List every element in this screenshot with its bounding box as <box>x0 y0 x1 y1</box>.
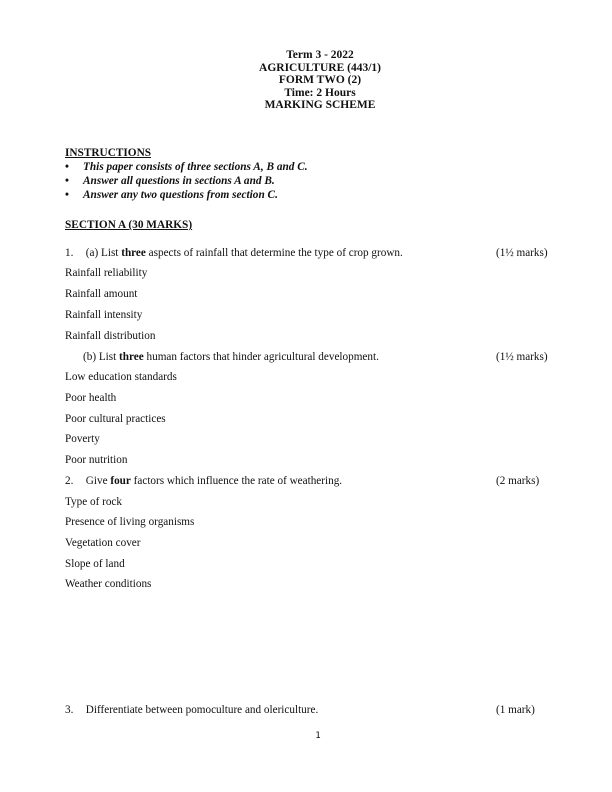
bullet-icon: • <box>65 174 69 188</box>
answer-item: Poverty <box>65 433 100 446</box>
question-marks: (2 marks) <box>496 475 539 488</box>
answer-item: Rainfall amount <box>65 288 137 301</box>
answer-item: Poor nutrition <box>65 454 127 467</box>
instruction-item: • Answer any two questions from section … <box>65 188 308 202</box>
instructions-block: INSTRUCTIONS • This paper consists of th… <box>65 147 308 202</box>
answer-item: Rainfall reliability <box>65 267 147 280</box>
answer-item: Poor cultural practices <box>65 413 166 426</box>
instruction-item: • Answer all questions in sections A and… <box>65 174 308 188</box>
bullet-icon: • <box>65 160 69 174</box>
question-number: 3. <box>65 704 83 717</box>
answer-item: Poor health <box>65 392 116 405</box>
answer-item: Rainfall intensity <box>65 309 142 322</box>
page-number: 1 <box>0 731 612 741</box>
bullet-icon: • <box>65 188 69 202</box>
section-a-title: SECTION A (30 MARKS) <box>65 219 192 231</box>
question-marks: (1½ marks) <box>496 247 548 260</box>
answer-item: Vegetation cover <box>65 537 140 550</box>
question-number: 1. <box>65 247 83 260</box>
question-number: 2. <box>65 475 83 488</box>
instructions-title: INSTRUCTIONS <box>65 147 308 160</box>
header-subject: AGRICULTURE (443/1) <box>0 62 612 75</box>
header-form: FORM TWO (2) <box>0 74 612 87</box>
document-page: Term 3 - 2022 AGRICULTURE (443/1) FORM T… <box>0 0 612 792</box>
question-marks: (1½ marks) <box>496 351 548 364</box>
header-time: Time: 2 Hours <box>0 87 612 100</box>
answer-item: Slope of land <box>65 558 125 571</box>
instructions-list: • This paper consists of three sections … <box>65 160 308 202</box>
question-marks: (1 mark) <box>496 704 535 717</box>
answer-item: Presence of living organisms <box>65 516 194 529</box>
answer-item: Weather conditions <box>65 578 151 591</box>
answer-item: Rainfall distribution <box>65 330 155 343</box>
answer-item: Low education standards <box>65 371 177 384</box>
instruction-item: • This paper consists of three sections … <box>65 160 308 174</box>
answer-item: Type of rock <box>65 496 122 509</box>
header-doc-type: MARKING SCHEME <box>0 99 612 112</box>
document-header: Term 3 - 2022 AGRICULTURE (443/1) FORM T… <box>0 49 612 112</box>
header-term: Term 3 - 2022 <box>0 49 612 62</box>
